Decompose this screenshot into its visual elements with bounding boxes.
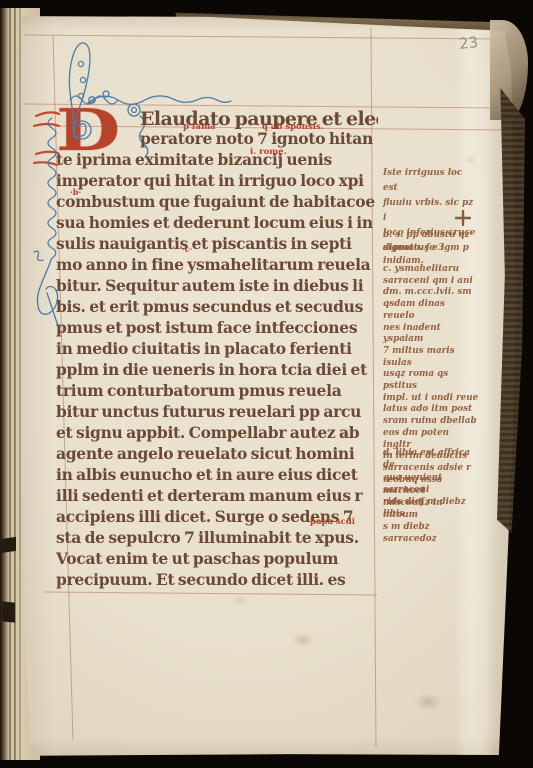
text-line: Elaudato paupere et electo im <box>56 108 378 129</box>
reference-mark: ·c· <box>182 244 192 254</box>
interlinear-gloss: p fama <box>183 122 216 132</box>
text-line: trium conturbatorum pmus reuela <box>56 381 378 402</box>
manuscript-photo: D <box>0 0 533 768</box>
text-line: in medio ciuitatis in placato ferienti <box>56 339 378 360</box>
cross-icon <box>455 210 471 227</box>
text-line: bitur unctus futurus reuelari pp arcu <box>56 402 378 423</box>
spine-notch <box>0 537 16 553</box>
margin-note: d. libia est affrica de qua uenient sarr… <box>383 447 479 545</box>
text-line: mo anno in fine ysmahelitarum reuela <box>56 255 378 276</box>
spine-notch <box>2 601 15 622</box>
text-line: bis. et erit pmus secundus et secudus <box>56 297 378 318</box>
text-line: imperator qui hitat in irriguo loco xpi <box>56 171 378 192</box>
parchment-page: D <box>0 0 533 768</box>
text-line: Vocat enim te ut paschas populum <box>56 549 378 570</box>
text-line: precipuum. Et secundo dicet illi. es <box>56 570 378 591</box>
margin-note: b. s. pp abustu qz dipmatus e igm p inid… <box>383 229 479 268</box>
text-line: te iprima eximitate bizancij uenis <box>56 150 378 171</box>
text-line: combustum que fugaiunt de habitacoe <box>56 192 378 213</box>
spine-crease <box>14 8 16 760</box>
text-line: sua homies et dederunt locum eius i in <box>56 213 378 234</box>
text-line: peratore noto 7 ignoto hitan <box>56 129 378 150</box>
text-line: illi sedenti et derteram manum eius r <box>56 486 378 507</box>
text-line: sta de sepulcro 7 illuminabit te xpus. <box>56 528 378 549</box>
spine-crease <box>9 8 11 760</box>
interlinear-gloss: papa scdi <box>310 517 355 527</box>
interlinear-gloss: q ab sponsis. <box>262 122 324 132</box>
text-line: pplm in die ueneris in hora tcia diei et <box>56 360 378 381</box>
folio-number: 23 <box>458 33 479 53</box>
text-line: et signu appbit. Compellabr autez ab <box>56 423 378 444</box>
text-line: pmus et post istum face intfecciones <box>56 318 378 339</box>
text-line: agente angelo reuelato sicut homini <box>56 444 378 465</box>
spine-crease <box>19 8 21 760</box>
text-line: in albis eunucho et in aure eius dicet <box>56 465 378 486</box>
text-line: bitur. Sequitur autem iste in diebus li <box>56 276 378 297</box>
reference-mark: ·b· <box>70 187 81 197</box>
interlinear-gloss: i. rome. <box>250 147 287 157</box>
text-line: sulis nauigantis et piscantis in septi <box>56 234 378 255</box>
